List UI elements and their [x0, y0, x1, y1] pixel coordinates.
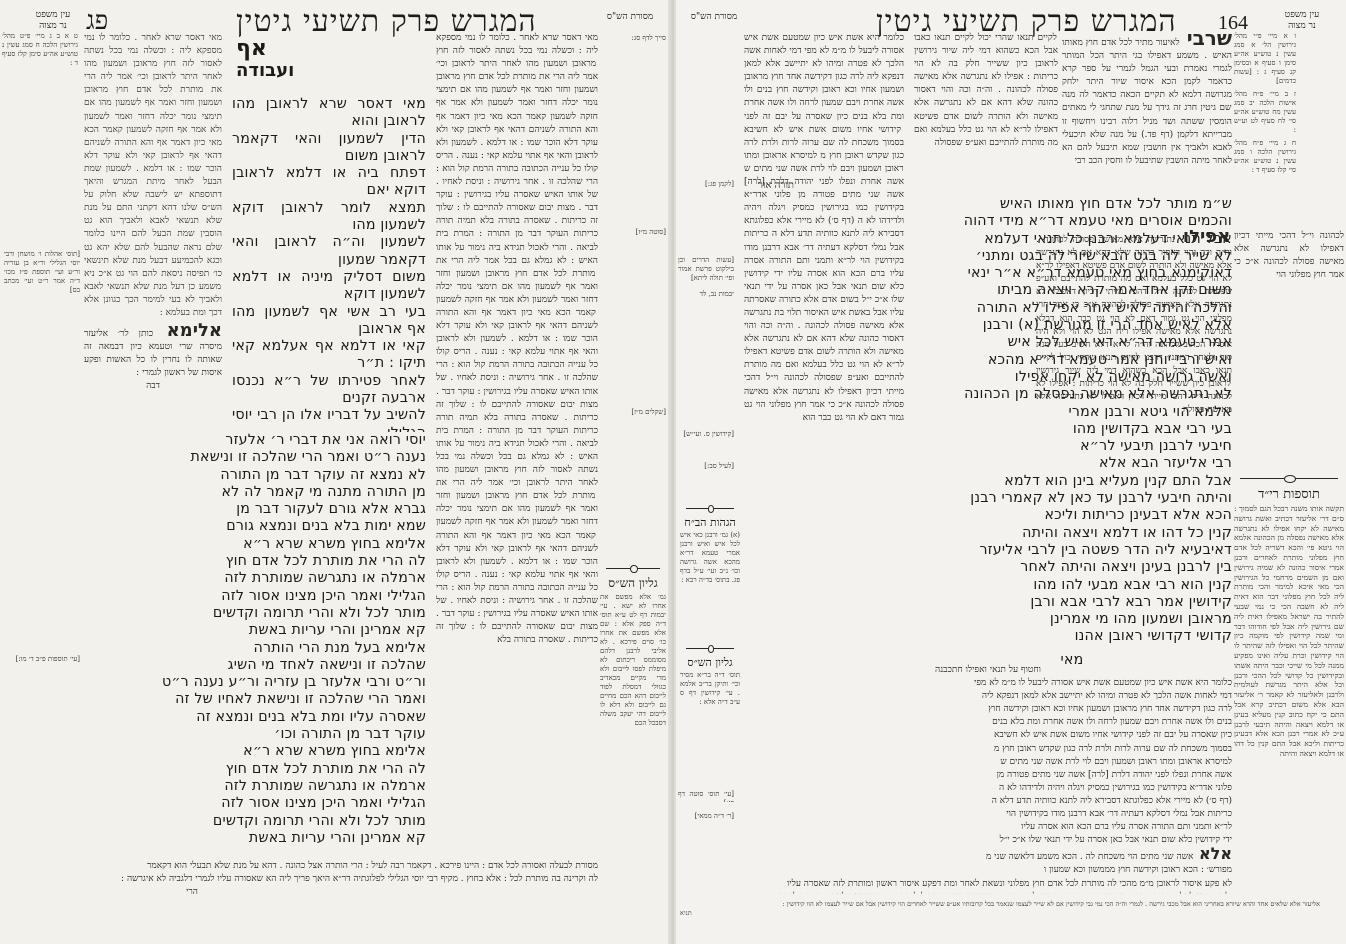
tosafot-column: כלומר היא אשת איש כיון שמטעם אשת איש אסו…: [744, 32, 904, 652]
margin-note-4: [לעיל סב:]: [678, 462, 734, 474]
ornament-divider: [606, 564, 660, 572]
dibur-hamatchil-elima: אלימא: [153, 320, 222, 341]
torah-or-label: תורה אור: [746, 180, 806, 191]
gilyon-hashas-title: גליון הש״ס: [600, 576, 666, 591]
dibur-hamatchil-ela: אלא: [1193, 844, 1232, 863]
mesorat-label: מסורת הש"ס: [684, 12, 744, 23]
dibur-hamatchil-afilu: אפילו: [1175, 230, 1230, 247]
mesorat-label: מסורת הש"ס: [600, 12, 660, 23]
opening-word-af: אף: [236, 36, 267, 61]
footer-catchword: תניא: [680, 909, 1320, 918]
catchword-bottom: הרי: [84, 886, 598, 899]
left-page: עין משפט נר מצוה פג המגרש פרק תשיעי גיטי…: [0, 0, 672, 944]
margin-note-shekalim: [שקלים מ״ז]: [604, 408, 666, 422]
haggahot-title: הגהות הב״ח: [680, 516, 740, 529]
rashi-bottom: מסורת לבעלה ואסורה לכל אדם : היינו פירכא…: [84, 860, 598, 940]
rashi-top-block: שרבי לאיעור מתיר לכל אדם חוץ מאותו האיש …: [1062, 32, 1232, 190]
gilyon-hashas-text: תוס׳ ד״ה בר״א מסיר וכי׳ ותיקן בר״ב אלמא …: [680, 671, 740, 721]
ein-mishpat-notes: ו א מיי׳ פ״י מהל׳ גירושין הל׳ א סמג עשין…: [1234, 32, 1296, 182]
right-page: מסורת הש"ס המגרש פרק תשיעי גיטין 164 עין…: [676, 0, 1346, 944]
gemara-main-lower: יוסי רואה אני את דברי ר׳ אלעזר נענה ר״ט …: [84, 432, 426, 860]
ornament-divider: [686, 504, 734, 512]
footer-line: אליעזר אלא שלאים אחד והדא שיורא באחריני …: [680, 900, 1320, 924]
gilyon-hashas-text: גמ׳ אלא מפשם את אחרו לא ישא . עי׳ יבמות …: [600, 593, 666, 823]
dibur-hamatchil-sharvi: שרבי: [1180, 32, 1232, 50]
gilyon-hashas-box: גליון הש״ס גמ׳ אלא מפשם את אחרו לא ישא .…: [600, 560, 666, 823]
gemara-main-upper: מאי דאסר שרא לראובן מהו לראובן והוא הדין…: [232, 96, 426, 432]
rashi-bottom: וחטוף על תנאי ואפילו חתכבנה כלומר היא אש…: [744, 664, 1232, 894]
ornament-divider: [1240, 474, 1338, 482]
margin-note-2: יבמות נב, לד: [678, 290, 734, 302]
ein-mishpat-label: עין משפט נר מצוה: [28, 10, 78, 32]
ein-mishpat-notes: ט א ב ג מיי׳ פ״ט מהל׳ גירושין הלכה ח סמג…: [2, 32, 78, 72]
tosafot-rid-text: תקשה אותו משנה רבכל הגם לסמוך : ס״ם דר׳ …: [1234, 504, 1344, 924]
tosafot-rid-title: תוספות רי״ד: [1234, 486, 1344, 502]
opening-word-row: ועבודה: [236, 60, 294, 81]
margin-note-5: [עי׳ תוס׳ סוטה דף כו:]: [678, 790, 734, 802]
tosafot-text: מאי דאסר שרא לאחר . כלומר לו נמי מספקא ל…: [84, 32, 222, 320]
tosafot-column: מאי דאסר שרא לאחר . כלומר לו נמי מספקא ל…: [84, 32, 222, 432]
gilyon-hashas-title: גליון הש״ס: [680, 656, 740, 669]
gemara-opening-words: אף: [236, 36, 267, 61]
margin-commentary: לכהונה וי״ל דהכי מייתי דכיון דאפילו לא נ…: [1234, 230, 1344, 410]
haggahot-text: (א) גמ׳ ורבנן כאי איש לכל איש ואיש ורבנן…: [680, 531, 740, 591]
catchword: דבה: [84, 380, 222, 393]
rashi-column: מאי דאסר שרא לאחר . כלומר לו נמי מספקא ל…: [436, 32, 598, 860]
margin-note-sotah: [סוטה מ״ז]: [604, 228, 666, 242]
margin-note-tosafot-ref: [תוס׳ אהלות ו׳ מושחן ורבי יוסי הגלילי ור…: [4, 250, 80, 300]
margin-note-3: [קידושין ס. ועי״ש]: [678, 430, 734, 442]
ornament-divider: [686, 644, 734, 652]
rashi-column: אפילו נתגרשה אלא מאישה פסולה לכהונה . וה…: [1036, 230, 1232, 650]
haggahot-habach-box: הגהות הב״ח (א) גמ׳ ורבנן כאי איש לכל איש…: [680, 500, 740, 591]
margin-note-chullin: סייך לדף סג:: [604, 34, 666, 54]
margin-note-1: [עשות הדרים וכן בילקוט פרשת אמור ופי׳ תו…: [678, 256, 734, 286]
rashi-top-left-block: לקיים תנאו שהרי יכול לקיים תנאו כאבו אבל…: [914, 32, 1058, 190]
opening-word-veavoda: ועבודה: [236, 60, 294, 81]
ein-mishpat-label: עין משפט נר מצוה: [1272, 10, 1332, 32]
tosafot-rid-box: תוספות רי״ד תקשה אותו משנה רבכל הגם לסמו…: [1234, 470, 1344, 924]
gilyon-hashas-box: גליון הש״ס תוס׳ ד״ה בר״א מסיר וכי׳ ותיקן…: [680, 640, 740, 721]
margin-note-yevamot-ref: [עי׳ תוספות פ״ב ד׳ מו:]: [4, 655, 80, 679]
margin-note-0: [לקמן פג:]: [678, 180, 734, 192]
margin-note-6: [ר׳ ד״ה ממאי]: [678, 812, 734, 824]
